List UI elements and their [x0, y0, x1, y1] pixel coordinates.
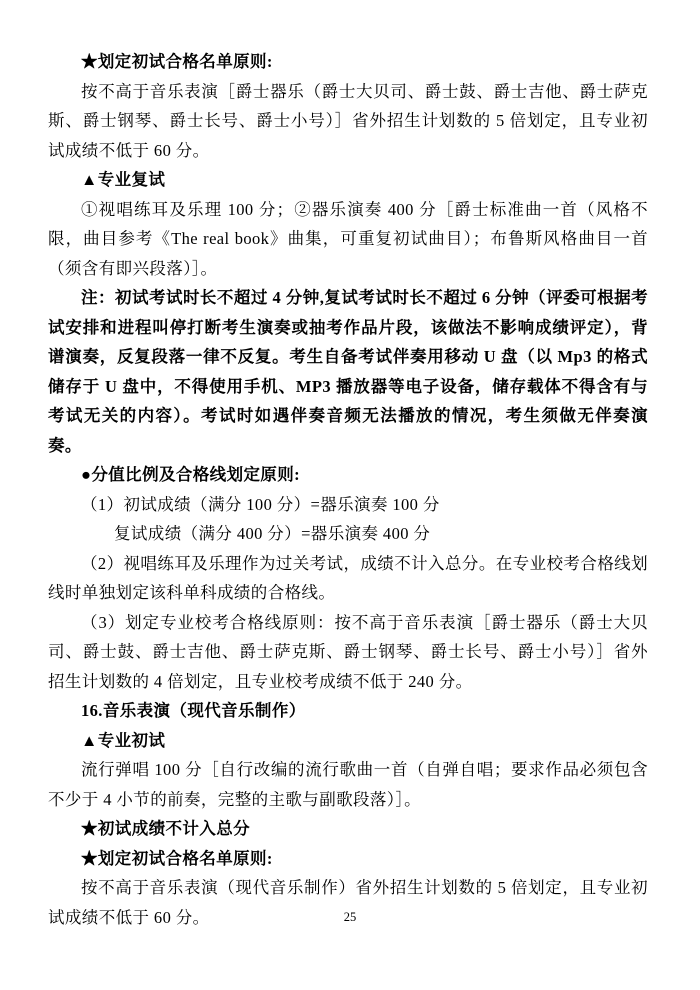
para-item-3-school-exam-cutoff: （3）划定专业校考合格线原则：按不高于音乐表演［爵士器乐（爵士大贝司、爵士鼓、爵… [48, 608, 648, 697]
star-heading-initial-pass-list-principle: ★划定初试合格名单原则: [48, 47, 648, 77]
document-content: ★划定初试合格名单原则: 按不高于音乐表演［爵士器乐（爵士大贝司、爵士鼓、爵士吉… [48, 47, 648, 932]
para-pop-singing-initial: 流行弹唱 100 分［自行改编的流行歌曲一首（自弹自唱；要求作品必须包含不少于 … [48, 755, 648, 814]
star-heading-initial-not-counted: ★初试成绩不计入总分 [48, 814, 648, 844]
para-item-1-retest-score: 复试成绩（满分 400 分）=器乐演奏 400 分 [48, 519, 648, 549]
para-exam-note: 注：初试考试时长不超过 4 分钟,复试考试时长不超过 6 分钟（评委可根据考试安… [48, 283, 648, 460]
para-jazz-initial-cutoff-rule: 按不高于音乐表演［爵士器乐（爵士大贝司、爵士鼓、爵士吉他、爵士萨克斯、爵士钢琴、… [48, 77, 648, 166]
section-heading-16-modern-music: 16.音乐表演（现代音乐制作） [48, 696, 648, 726]
star-heading-initial-pass-list-principle-2: ★划定初试合格名单原则: [48, 844, 648, 874]
para-retest-subjects: ①视唱练耳及乐理 100 分；②器乐演奏 400 分［爵士标准曲一首（风格不限，… [48, 195, 648, 284]
para-item-2-sight-singing: （2）视唱练耳及乐理作为过关考试，成绩不计入总分。在专业校考合格线划线时单独划定… [48, 549, 648, 608]
triangle-heading-professional-initial: ▲专业初试 [48, 726, 648, 756]
bullet-heading-score-ratio-principle: ●分值比例及合格线划定原则: [48, 460, 648, 490]
document-page: ★划定初试合格名单原则: 按不高于音乐表演［爵士器乐（爵士大贝司、爵士鼓、爵士吉… [0, 0, 700, 990]
triangle-heading-professional-retest: ▲专业复试 [48, 165, 648, 195]
para-item-1-initial-score: （1）初试成绩（满分 100 分）=器乐演奏 100 分 [48, 490, 648, 520]
page-number: 25 [0, 909, 700, 925]
